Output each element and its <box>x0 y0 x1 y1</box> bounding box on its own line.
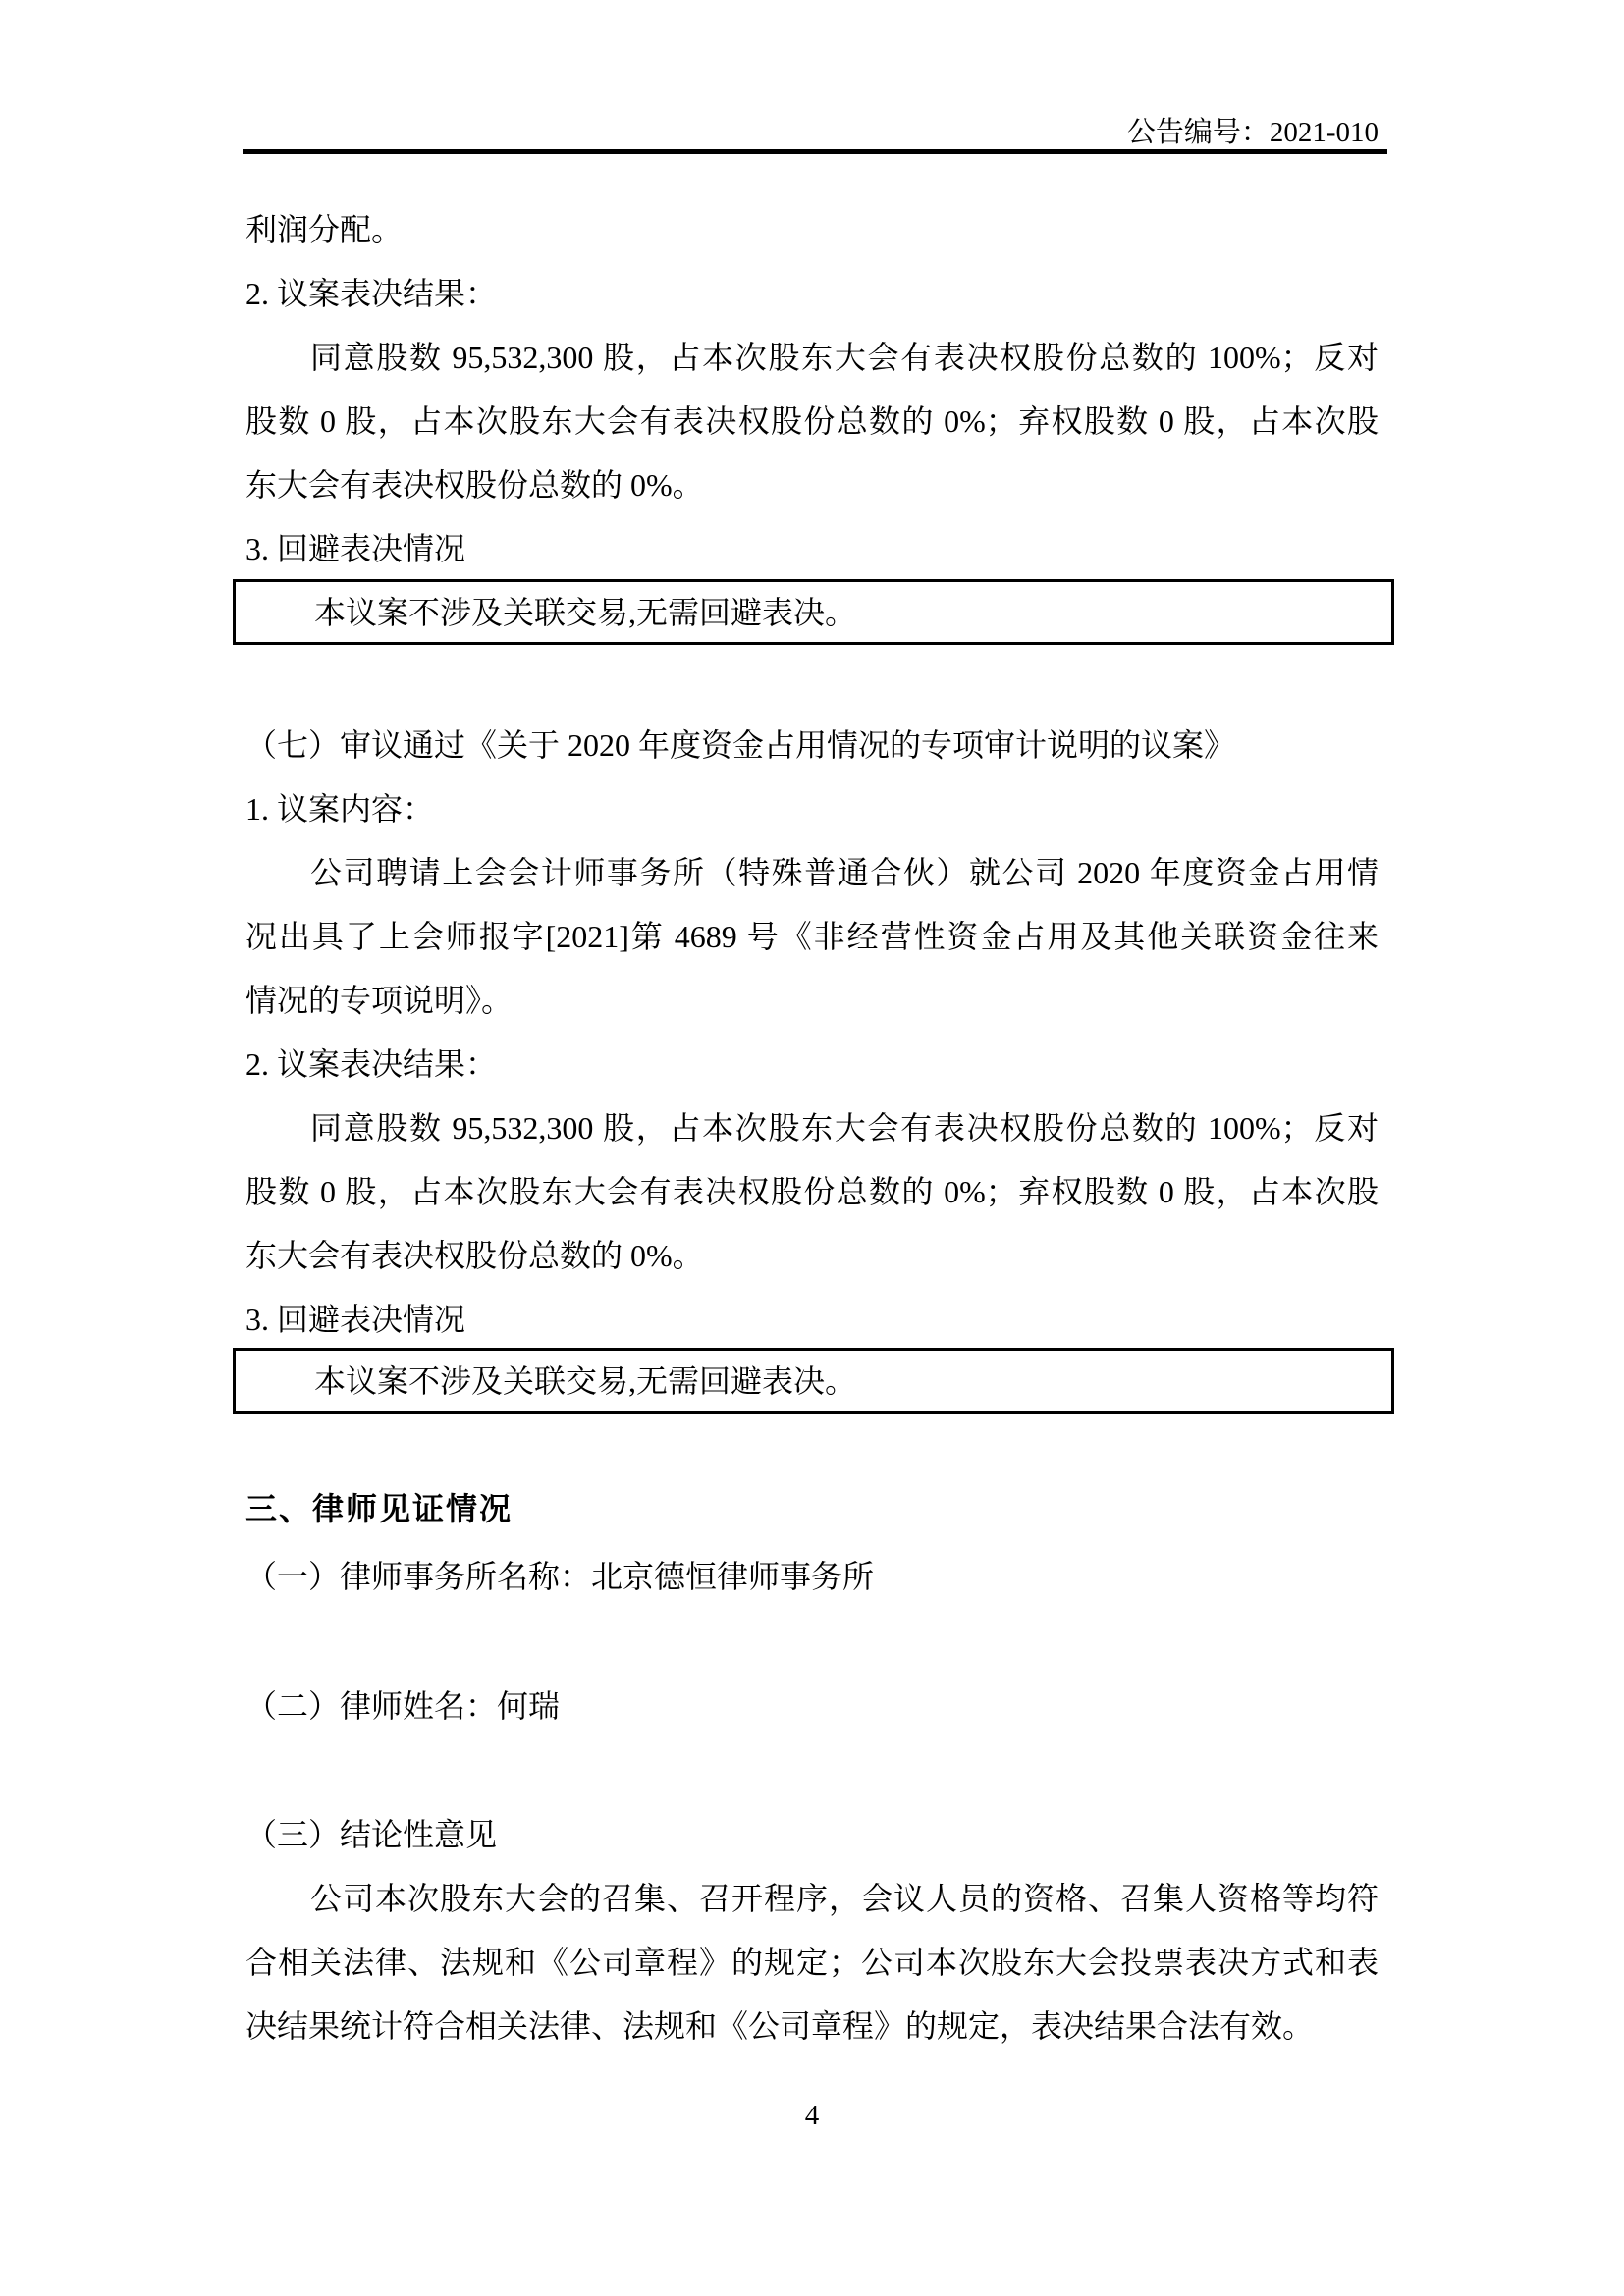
header-rule <box>243 149 1387 154</box>
item6-avoidance-heading: 3. 回避表决情况 <box>245 529 1379 568</box>
item7-vote-result-heading: 2. 议案表决结果： <box>245 1044 1379 1084</box>
item7-content-line: 况出具了上会师报字[2021]第 4689 号《非经营性资金占用及其他关联资金往… <box>245 917 1379 956</box>
item7-title: （七）审议通过《关于 2020 年度资金占用情况的专项审计说明的议案》 <box>245 725 1379 765</box>
item6-vote-line: 同意股数 95,532,300 股，占本次股东大会有表决权股份总数的 100%；… <box>245 338 1379 377</box>
item7-avoidance-heading: 3. 回避表决情况 <box>245 1300 1379 1339</box>
item7-content-line: 情况的专项说明》。 <box>245 981 1379 1020</box>
lawyer-conclusion-line: 公司本次股东大会的召集、召开程序，会议人员的资格、召集人资格等均符 <box>245 1879 1379 1918</box>
lawyer-conclusion-line: 合相关法律、法规和《公司章程》的规定；公司本次股东大会投票表决方式和表 <box>245 1943 1379 1982</box>
item7-avoidance-note: 本议案不涉及关联交易,无需回避表决。 <box>314 1362 856 1401</box>
item6-avoidance-note-box: 本议案不涉及关联交易,无需回避表决。 <box>233 579 1394 645</box>
lawyer-conclusion-heading: （三）结论性意见 <box>245 1815 1379 1854</box>
lawyer-conclusion-line: 决结果统计符合相关法律、法规和《公司章程》的规定，表决结果合法有效。 <box>245 2006 1379 2046</box>
item7-content-heading: 1. 议案内容： <box>245 789 1379 828</box>
item6-vote-line: 股数 0 股，占本次股东大会有表决权股份总数的 0%；弃权股数 0 股，占本次股 <box>245 401 1379 441</box>
item7-content-line: 公司聘请上会会计师事务所（特殊普通合伙）就公司 2020 年度资金占用情 <box>245 853 1379 892</box>
announcement-number: 公告编号：2021-010 <box>245 116 1379 149</box>
document-page: 公告编号：2021-010 利润分配。 2. 议案表决结果： 同意股数 95,5… <box>0 0 1624 2296</box>
item7-avoidance-note-box: 本议案不涉及关联交易,无需回避表决。 <box>233 1348 1394 1414</box>
item6-vote-line: 东大会有表决权股份总数的 0%。 <box>245 465 1379 505</box>
item6-vote-result-heading: 2. 议案表决结果： <box>245 274 1379 313</box>
item6-tail-line: 利润分配。 <box>245 210 1379 249</box>
item6-avoidance-note: 本议案不涉及关联交易,无需回避表决。 <box>314 593 856 632</box>
item7-vote-line: 股数 0 股，占本次股东大会有表决权股份总数的 0%；弃权股数 0 股，占本次股 <box>245 1172 1379 1211</box>
lawyer-firm-line: （一）律师事务所名称：北京德恒律师事务所 <box>245 1557 1379 1596</box>
item7-vote-line: 同意股数 95,532,300 股，占本次股东大会有表决权股份总数的 100%；… <box>245 1108 1379 1148</box>
item7-vote-line: 东大会有表决权股份总数的 0%。 <box>245 1236 1379 1275</box>
lawyer-name-line: （二）律师姓名：何瑞 <box>245 1686 1379 1726</box>
page-number: 4 <box>245 2099 1379 2132</box>
lawyer-section-heading: 三、律师见证情况 <box>245 1489 1379 1528</box>
